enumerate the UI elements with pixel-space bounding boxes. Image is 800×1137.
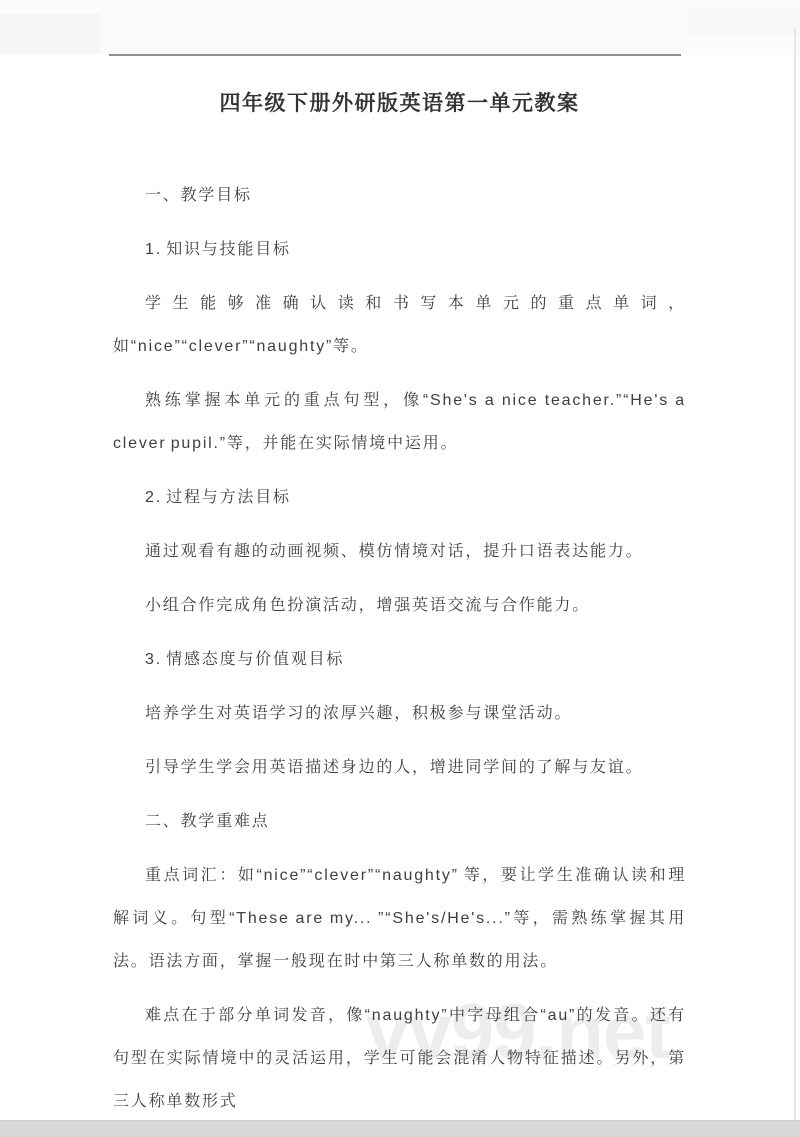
doc-paragraph: 熟练掌握本单元的重点句型，像“She's a nice teacher.”“He… (113, 379, 686, 465)
page-right-edge-line (794, 28, 796, 1120)
sub-heading: 3. 情感态度与价值观目标 (113, 638, 686, 681)
top-scan-shading (0, 0, 800, 55)
doc-paragraph: 重点词汇：如“nice”“clever”“naughty” 等，要让学生准确认读… (113, 854, 686, 983)
doc-paragraph: 小组合作完成角色扮演活动，增强英语交流与合作能力。 (113, 584, 686, 627)
document-body: 四年级下册外研版英语第一单元教案 一、教学目标 1. 知识与技能目标 学生能够准… (113, 90, 686, 1134)
doc-paragraph: 学生能够准确认读和书写本单元的重点单词，如“nice”“clever”“naug… (113, 282, 686, 368)
doc-paragraph: 难点在于部分单词发音，像“naughty”中字母组合“au”的发音。还有句型在实… (113, 994, 686, 1123)
sub-heading: 1. 知识与技能目标 (113, 228, 686, 271)
page-break-rule (109, 54, 681, 56)
doc-paragraph: 通过观看有趣的动画视频、模仿情境对话，提升口语表达能力。 (113, 530, 686, 573)
bottom-gray-strip (0, 1120, 800, 1137)
doc-paragraph: 引导学生学会用英语描述身边的人，增进同学间的了解与友谊。 (113, 746, 686, 789)
sub-heading: 2. 过程与方法目标 (113, 476, 686, 519)
section-heading: 二、教学重难点 (113, 800, 686, 843)
doc-paragraph: 培养学生对英语学习的浓厚兴趣，积极参与课堂活动。 (113, 692, 686, 735)
document-page: vv99.net 四年级下册外研版英语第一单元教案 一、教学目标 1. 知识与技… (0, 0, 800, 1137)
section-heading: 一、教学目标 (113, 174, 686, 217)
top-right-scan-shading (688, 8, 800, 34)
document-title: 四年级下册外研版英语第一单元教案 (113, 90, 686, 118)
top-left-scan-shading (0, 14, 100, 54)
